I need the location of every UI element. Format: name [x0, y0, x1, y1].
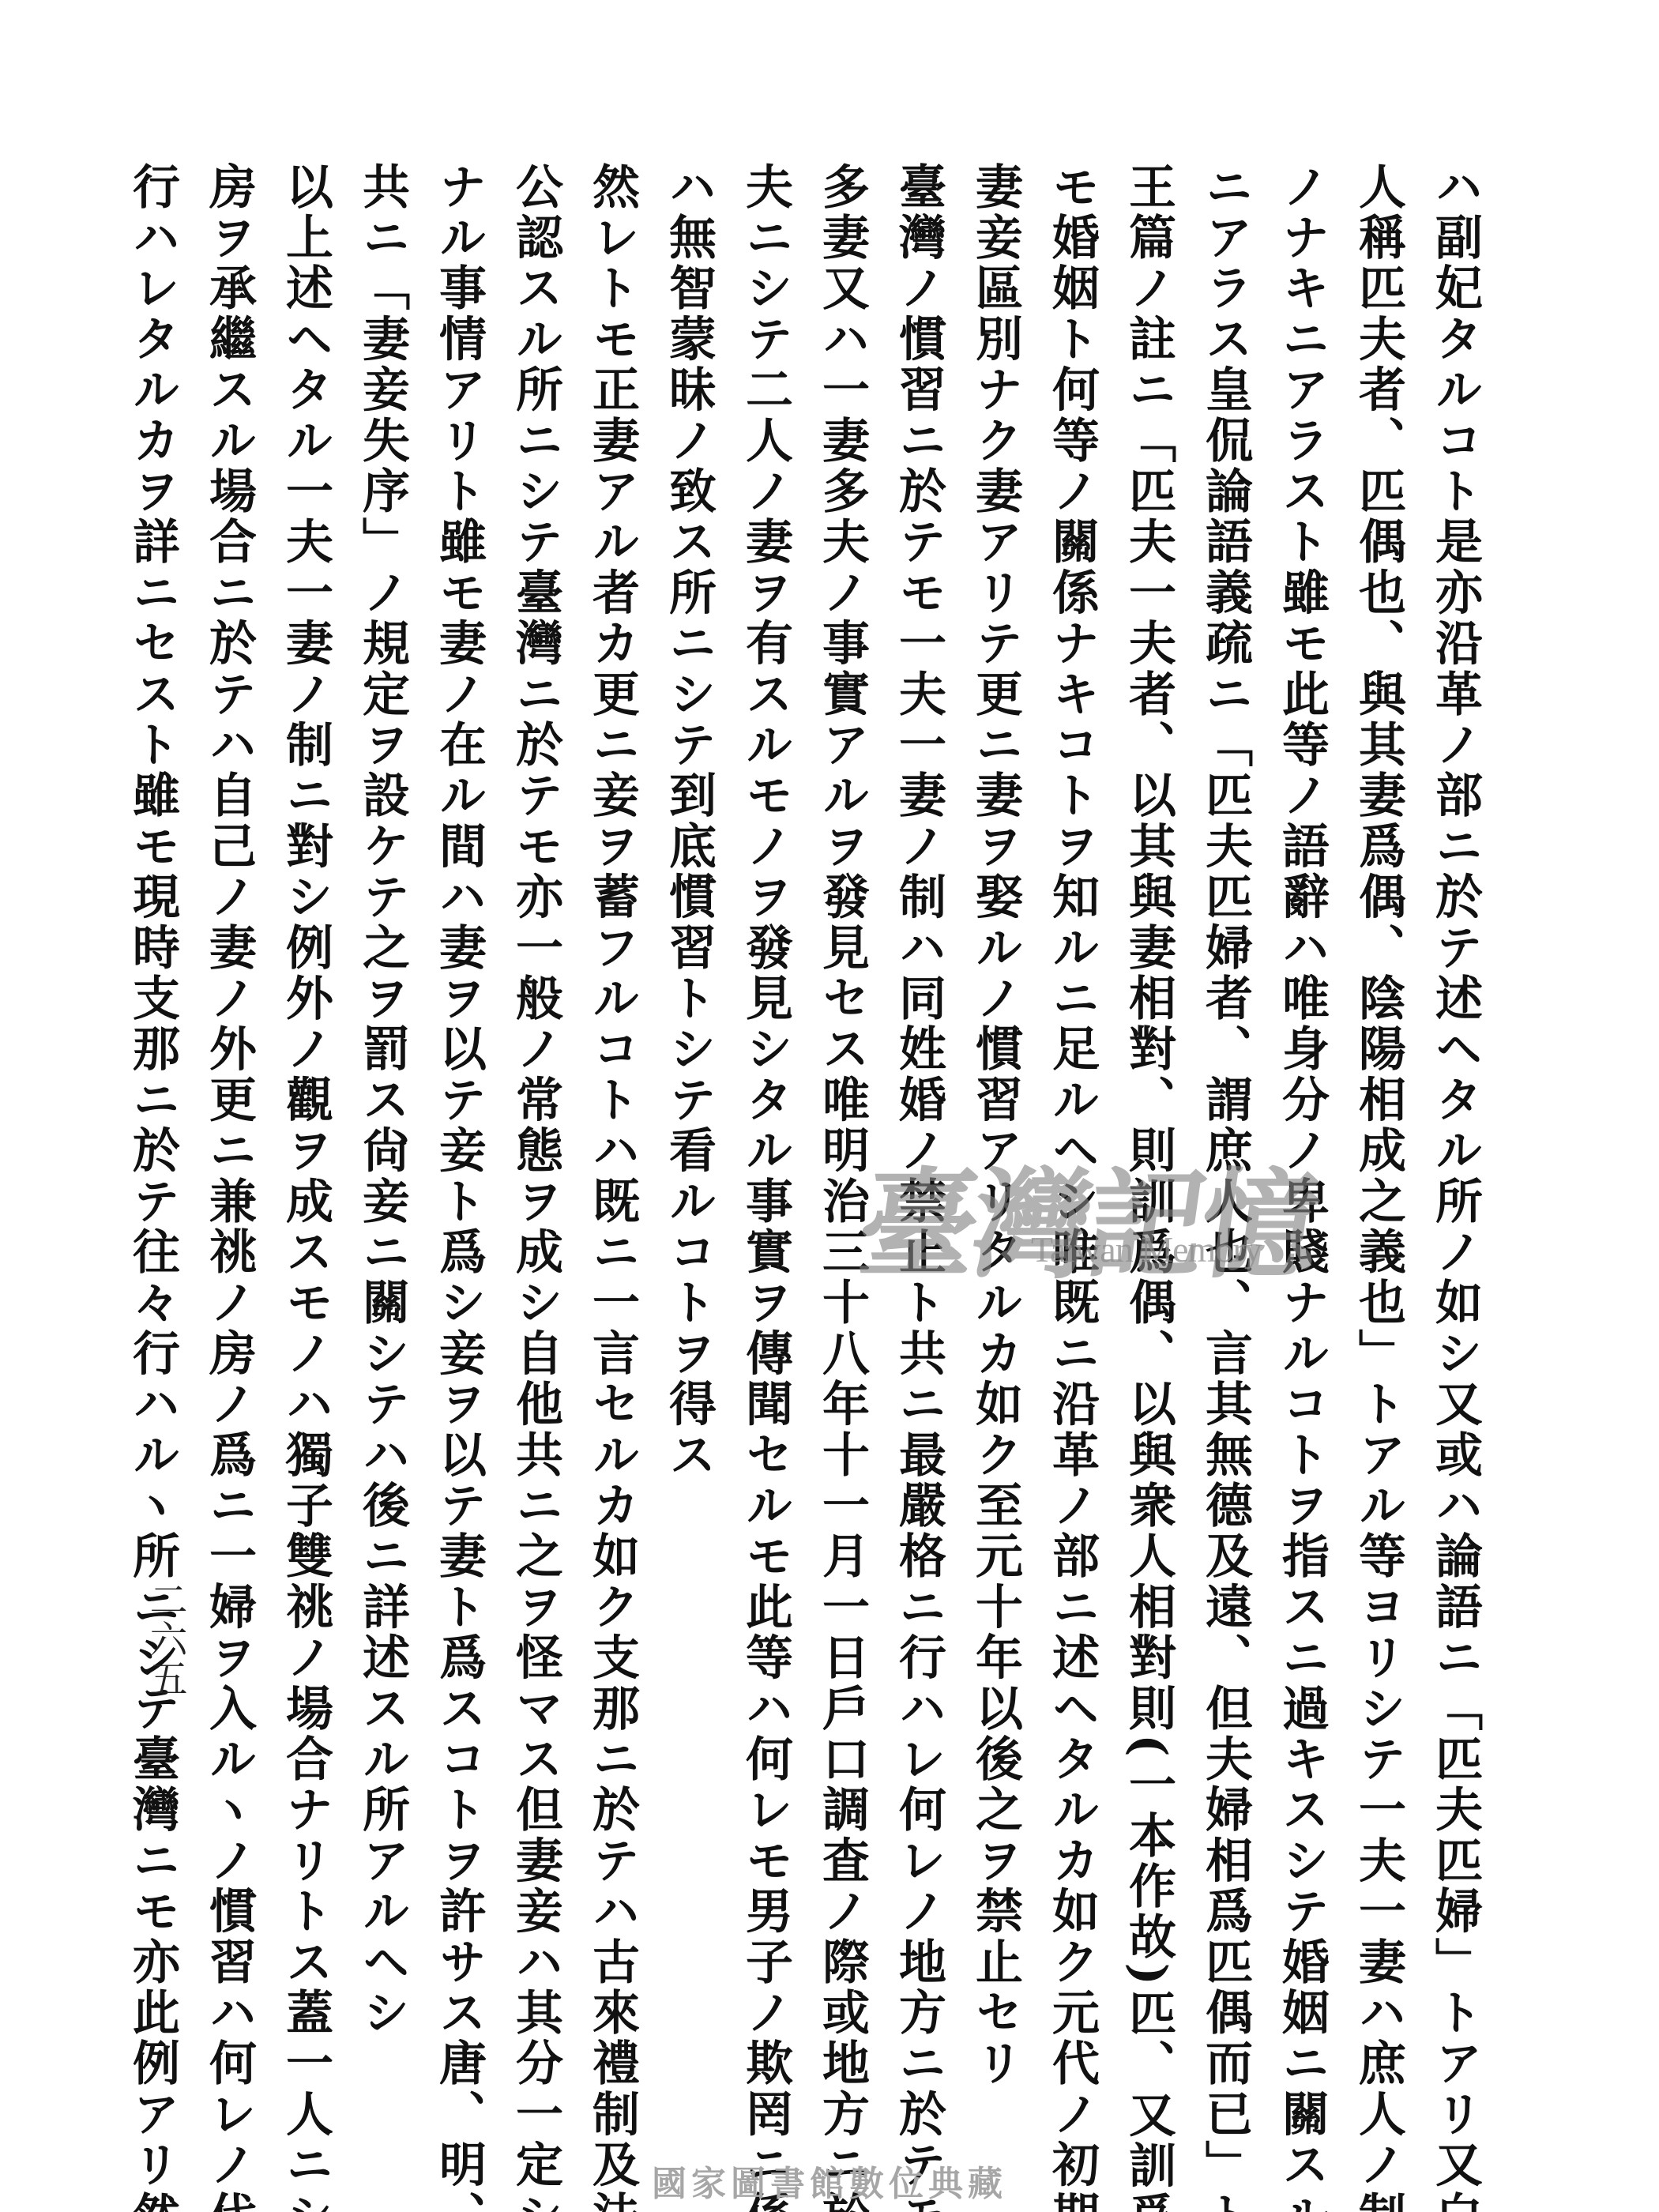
text-column: 夫ニシテ二人ノ妻ヲ有スルモノヲ發見シタル事實ヲ傳聞セルモ此等ハ何レモ男子ノ欺罔ニ…	[727, 162, 803, 2003]
text-column: ノナキニアラスト雖モ此等ノ語辭ハ唯身分ノ卑賤ナルコトヲ指スニ過キスシテ婚姻ニ關ス…	[1263, 162, 1340, 2003]
page-number: 二六五	[138, 1580, 193, 1698]
text-column: 多妻又ハ一妻多夫ノ事實アルヲ發見セス唯明治三十八年十一月一日戶口調査ノ際或地方ニ…	[803, 162, 880, 2003]
text-column: モ婚姻ト何等ノ關係ナキコトヲ知ルニ足ルヘシ唯既ニ沿革ノ部ニ述ヘタルカ如ク元代ノ初…	[1033, 162, 1110, 2003]
text-column: 以上述ヘタル一夫一妻ノ制ニ對シ例外ノ觀ヲ成スモノハ獨子雙祧ノ場合ナリトス蓋一人ニ…	[267, 162, 344, 2003]
text-column: 行ハレタルカヲ詳ニセスト雖モ現時支那ニ於テ往々行ハルヽ所ニシテ臺灣ニモ亦此例アリ…	[114, 162, 190, 2003]
document-page: ハ副妃タルコト是亦沿革ノ部ニ於テ述ヘタル所ノ如シ又或ハ論語ニ「匹夫匹婦」トアリ又…	[0, 0, 1659, 2212]
text-column: ハ副妃タルコト是亦沿革ノ部ニ於テ述ヘタル所ノ如シ又或ハ論語ニ「匹夫匹婦」トアリ又…	[1416, 162, 1493, 2003]
text-column: 人稱匹夫者、匹偶也、與其妻爲偶、陰陽相成之義也」トアル等ヨリシテ一夫一妻ハ庶人ノ…	[1340, 162, 1416, 2003]
text-column: 房ヲ承繼スル場合ニ於テハ自己ノ妻ノ外更ニ兼祧ノ房ノ爲ニ一婦ヲ入ルヽノ慣習ハ何レノ…	[190, 162, 267, 2003]
text-column: 共ニ「妻妾失序」ノ規定ヲ設ケテ之ヲ罰ス尙妾ニ關シテハ後ニ詳述スル所アルヘシ	[344, 162, 420, 2003]
text-column: ナル事情アリト雖モ妻ノ在ル間ハ妻ヲ以テ妾ト爲シ妾ヲ以テ妻ト爲スコトヲ許サス唐、明…	[420, 162, 497, 2003]
text-column: 然レトモ正妻アル者カ更ニ妾ヲ蓄フルコトハ既ニ一言セルカ如ク支那ニ於テハ古來禮制及…	[574, 162, 650, 2003]
text-column: ハ無智蒙昧ノ致ス所ニシテ到底慣習トシテ看ルコトヲ得ス	[650, 162, 727, 2003]
text-column: 妻妾區別ナク妻アリテ更ニ妻ヲ娶ルノ慣習アリタルカ如ク至元十年以後之ヲ禁止セリ	[957, 162, 1033, 2003]
text-column: 臺灣ノ慣習ニ於テモ一夫一妻ノ制ハ同姓婚ノ禁止ト共ニ最嚴格ニ行ハレ何レノ地方ニ於テ…	[880, 162, 957, 2003]
body-text: ハ副妃タルコト是亦沿革ノ部ニ於テ述ヘタル所ノ如シ又或ハ論語ニ「匹夫匹婦」トアリ又…	[114, 162, 1493, 2003]
text-column: 公認スル所ニシテ臺灣ニ於テモ亦一般ノ常態ヲ成シ自他共ニ之ヲ怪マス但妻妾ハ其分一定…	[497, 162, 574, 2003]
text-column: 王篇ノ註ニ「匹夫一夫者、以其與妻相對、則訓爲偶、以與衆人相對則(一本作故)匹、又…	[1110, 162, 1187, 2003]
text-column: ニアラス皇侃論語義疏ニ「匹夫匹婦者、謂庶人也、言其無德及遠、但夫婦相爲匹偶而已」…	[1187, 162, 1263, 2003]
footer-credit: 國家圖書館數位典藏	[0, 2155, 1659, 2206]
